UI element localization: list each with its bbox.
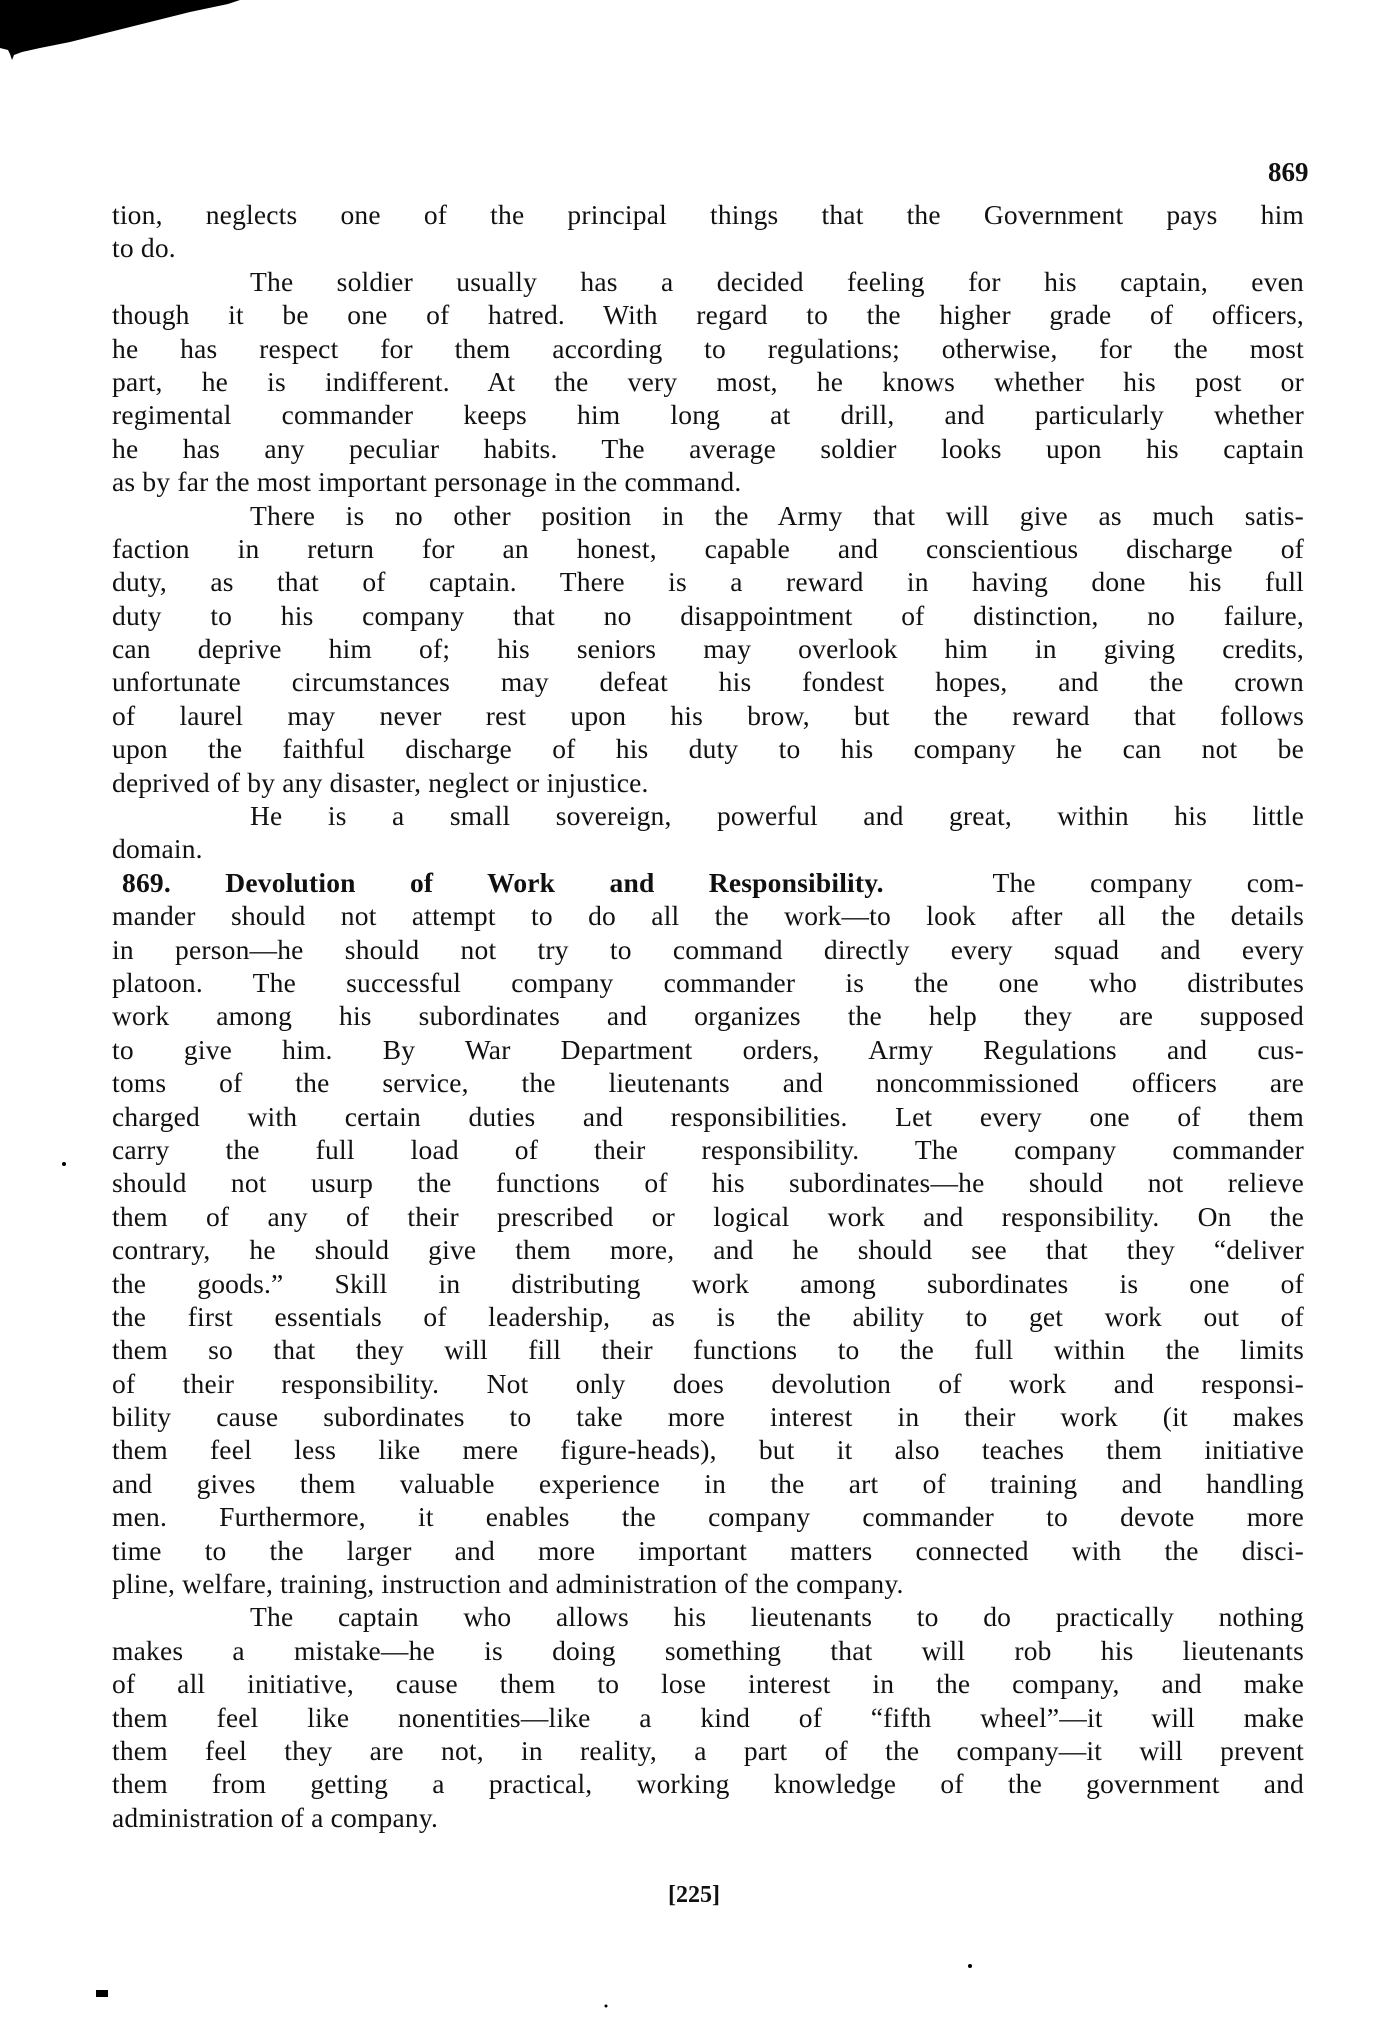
- section-title: Devolution of Work and Responsibility.: [225, 867, 883, 898]
- text-line: mander should not attempt to do all the …: [112, 899, 1304, 932]
- running-section-number: 869: [1268, 157, 1309, 188]
- text-line: makes a mistake—he is doing something th…: [112, 1634, 1304, 1667]
- text-line: platoon. The successful company commande…: [112, 966, 1304, 999]
- text-line: toms of the service, the lieutenants and…: [112, 1066, 1304, 1099]
- text-line: duty, as that of captain. There is a rew…: [112, 565, 1304, 598]
- text-line: deprived of by any disaster, neglect or …: [112, 766, 1304, 799]
- text-line: men. Furthermore, it enables the company…: [112, 1500, 1304, 1533]
- text-line: them feel like nonentities—like a kind o…: [112, 1701, 1304, 1734]
- text-line: of laurel may never rest upon his brow, …: [112, 699, 1304, 732]
- text-line: upon the faithful discharge of his duty …: [112, 732, 1304, 765]
- text-line: carry the full load of their responsibil…: [112, 1133, 1304, 1166]
- text-line: regimental commander keeps him long at d…: [112, 398, 1304, 431]
- text-line: of all initiative, cause them to lose in…: [112, 1667, 1304, 1700]
- text-line: to give him. By War Department orders, A…: [112, 1033, 1304, 1066]
- text-line: of their responsibility. Not only does d…: [112, 1367, 1304, 1400]
- text-line: can deprive him of; his seniors may over…: [112, 632, 1304, 665]
- text-line: The soldier usually has a decided feelin…: [112, 265, 1304, 298]
- section-number: 869.: [122, 867, 171, 898]
- text-line: and gives them valuable experience in th…: [112, 1467, 1304, 1500]
- text-line: He is a small sovereign, powerful and gr…: [112, 799, 1304, 832]
- page-body: tion, neglects one of the principal thin…: [112, 198, 1304, 1834]
- text-line: time to the larger and more important ma…: [112, 1534, 1304, 1567]
- text-line: them so that they will fill their functi…: [112, 1333, 1304, 1366]
- text-line: duty to his company that no disappointme…: [112, 599, 1304, 632]
- text-line: them feel less like mere figure-heads), …: [112, 1433, 1304, 1466]
- text-line: them of any of their prescribed or logic…: [112, 1200, 1304, 1233]
- text-line: the first essentials of leadership, as i…: [112, 1300, 1304, 1333]
- scan-corner-artifact: [0, 0, 240, 60]
- intro-paragraphs: tion, neglects one of the principal thin…: [112, 198, 1304, 866]
- text-line: pline, welfare, training, instruction an…: [112, 1567, 1304, 1600]
- section-paragraphs: mander should not attempt to do all the …: [112, 899, 1304, 1834]
- text-line: as by far the most important personage i…: [112, 465, 1304, 498]
- text-line: domain.: [112, 832, 1304, 865]
- text-line: administration of a company.: [112, 1801, 1304, 1834]
- text-line: in person—he should not try to command d…: [112, 933, 1304, 966]
- text-line: bility cause subordinates to take more i…: [112, 1400, 1304, 1433]
- text-line: tion, neglects one of the principal thin…: [112, 198, 1304, 231]
- text-line: them feel they are not, in reality, a pa…: [112, 1734, 1304, 1767]
- text-line: to do.: [112, 231, 1304, 264]
- text-line: charged with certain duties and responsi…: [112, 1100, 1304, 1133]
- section-first-line: The company com-: [992, 867, 1304, 898]
- text-line: There is no other position in the Army t…: [112, 499, 1304, 532]
- scan-specks: [0, 1960, 1388, 2027]
- text-line: unfortunate circumstances may defeat his…: [112, 665, 1304, 698]
- scan-speck-margin: [60, 1160, 70, 1170]
- text-line: though it be one of hatred. With regard …: [112, 298, 1304, 331]
- text-line: The captain who allows his lieutenants t…: [112, 1600, 1304, 1633]
- page-folio: [225]: [0, 1882, 1388, 1909]
- text-line: faction in return for an honest, capable…: [112, 532, 1304, 565]
- text-line: part, he is indifferent. At the very mos…: [112, 365, 1304, 398]
- section-heading-line: 869. Devolution of Work and Responsibili…: [112, 866, 1304, 899]
- text-line: he has any peculiar habits. The average …: [112, 432, 1304, 465]
- text-line: contrary, he should give them more, and …: [112, 1233, 1304, 1266]
- text-line: them from getting a practical, working k…: [112, 1767, 1304, 1800]
- text-line: should not usurp the functions of his su…: [112, 1166, 1304, 1199]
- text-line: work among his subordinates and organize…: [112, 999, 1304, 1032]
- text-line: the goods.” Skill in distributing work a…: [112, 1267, 1304, 1300]
- text-line: he has respect for them according to reg…: [112, 332, 1304, 365]
